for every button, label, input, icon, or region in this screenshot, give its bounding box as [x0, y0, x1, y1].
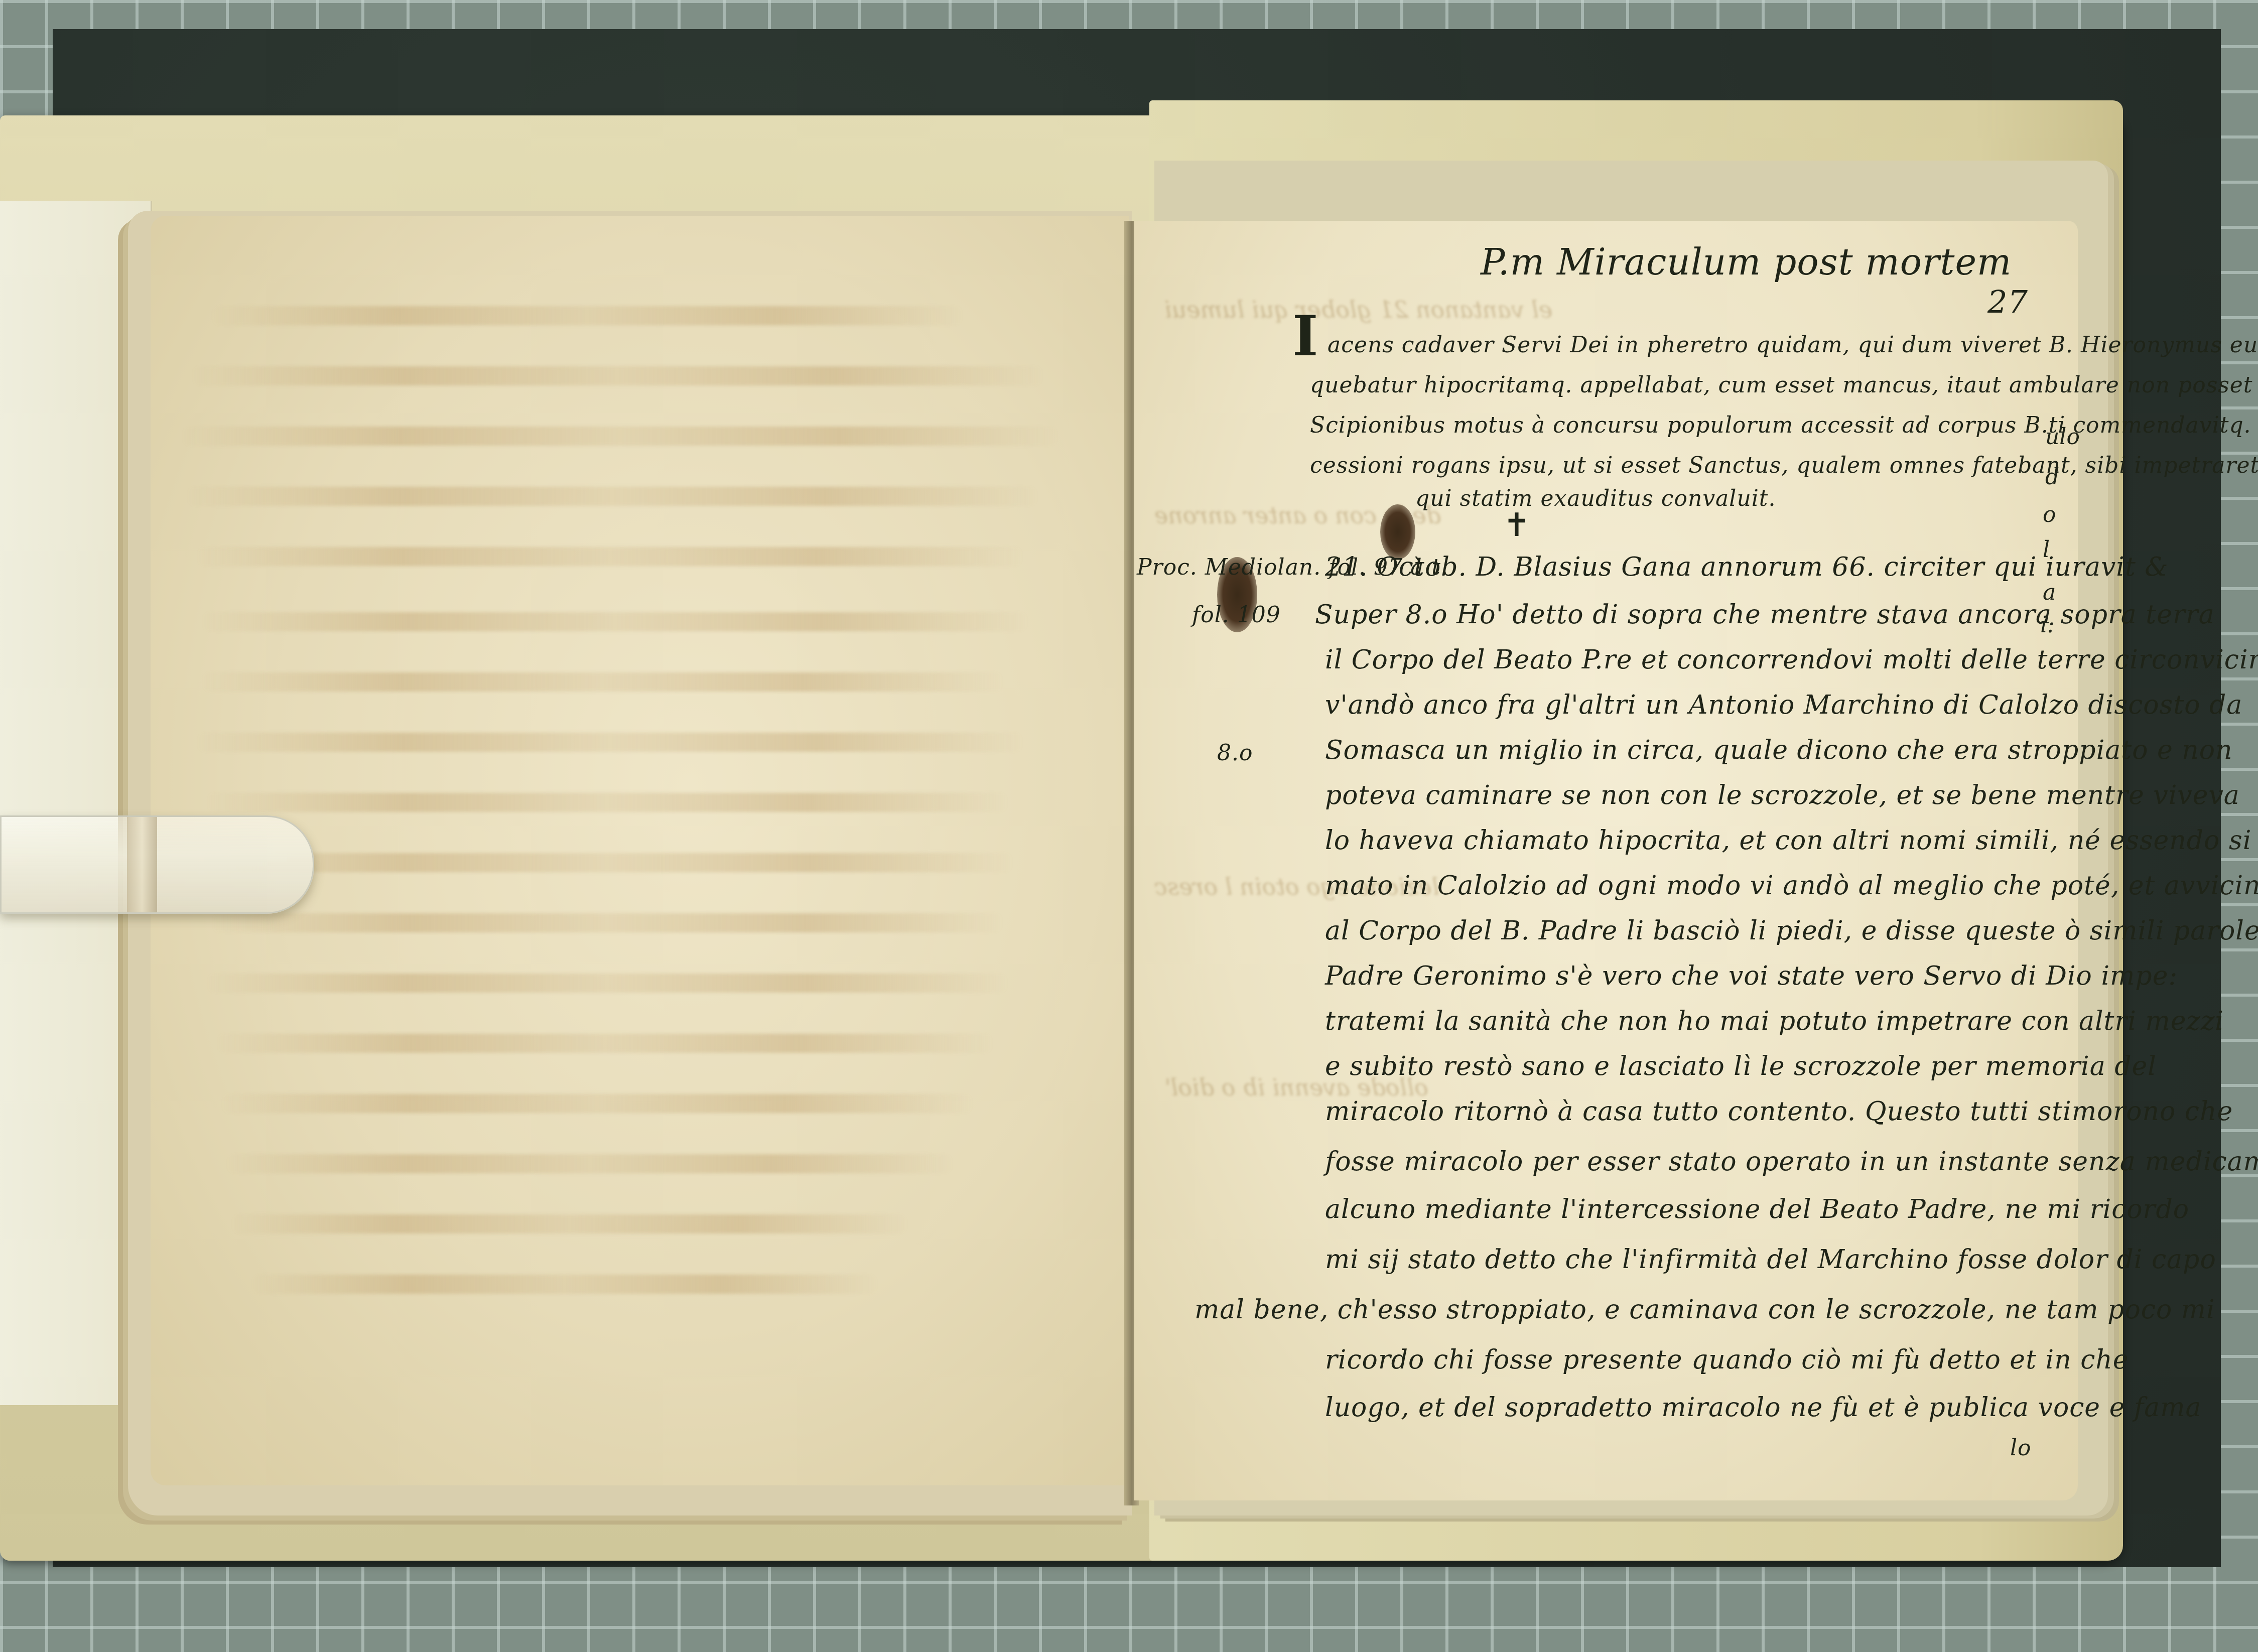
testimony-intro: 21. Octob. D. Blasius Gana annorum 66. c…: [1325, 552, 2169, 582]
edge-fragment: a: [2043, 580, 2056, 605]
testimony-line: il Corpo del Beato P.re et concorrendovi…: [1325, 645, 2258, 675]
bleed-through-line: [211, 913, 1004, 932]
testimony-line: Padre Geronimo s'è vero che voi state ve…: [1325, 961, 2178, 991]
bleed-through-line: [201, 672, 1004, 692]
right-page: el vantanon 21 glober qui lumeui de le c…: [1134, 221, 2078, 1500]
testimony-line: alcuno mediante l'intercessione del Beat…: [1325, 1194, 2189, 1224]
latin-line: Scipionibus motus à concursu populorum a…: [1310, 412, 2258, 438]
bleed-through-line: [196, 733, 1024, 752]
bleed-through-line: [206, 974, 1009, 993]
testimony-line: lo haveva chiamato hipocrita, et con alt…: [1325, 825, 2258, 856]
testimony-line: Super 8.o Ho' detto di sopra che mentre …: [1315, 600, 2215, 630]
testimony-line: fosse miracolo per esser stato operato i…: [1325, 1147, 2258, 1177]
bleed-through-line: [221, 1094, 974, 1113]
latin-line: quebatur hipocritamq. appellabat, cum es…: [1310, 372, 2258, 398]
testimony-line: mal bene, ch'esso stroppiato, e caminava…: [1194, 1295, 2215, 1325]
bleed-through-line: [226, 1154, 954, 1173]
cross-mark-icon: ✝: [1503, 507, 1531, 544]
decorated-initial: I: [1292, 304, 1318, 368]
testimony-line: al Corpo del B. Padre li basciò li piedi…: [1325, 916, 2258, 946]
bleed-through-line: [186, 487, 1039, 506]
bleed-through-line: [196, 547, 1024, 566]
bleed-through-line: [201, 612, 1029, 631]
catchword: lo: [2010, 1435, 2032, 1461]
folio-number: 27: [1987, 284, 2028, 320]
rod-band: [127, 817, 157, 912]
section-heading: P.m Miraculum post mortem: [1481, 241, 2012, 283]
edge-fragment: d: [2045, 464, 2059, 490]
ink-blot: [1380, 504, 1415, 560]
testimony-line: Somasca un miglio in circa, quale dicono…: [1325, 735, 2233, 765]
bleed-through-line: [201, 853, 1014, 872]
testimony-line: mato in Calolzio ad ogni modo vi andò al…: [1325, 871, 2258, 901]
edge-fragment: i:: [2040, 612, 2055, 638]
margin-note-folio: fol. 109: [1192, 602, 1281, 628]
testimony-line: luogo, et del sopradetto miracolo ne fù …: [1325, 1393, 2202, 1423]
bleed-through-line: [251, 1275, 878, 1294]
testimony-line: ricordo chi fosse presente quando ciò mi…: [1325, 1345, 2129, 1375]
latin-line: qui statim exauditus convaluit.: [1415, 486, 1776, 511]
testimony-line: poteva caminare se non con le scrozzole,…: [1325, 780, 2240, 810]
ghost-text: el vantanon 21 glober qui lumeui: [1164, 296, 1552, 323]
edge-fragment: ulo: [2045, 424, 2080, 450]
glass-rod-page-weight[interactable]: [0, 815, 314, 914]
testimony-line: tratemi la sanità che non ho mai potuto …: [1325, 1006, 2224, 1036]
bleed-through-line: [231, 1214, 908, 1233]
bleed-through-line: [206, 793, 1009, 812]
testimony-line: miracolo ritornò à casa tutto contento. …: [1325, 1096, 2233, 1127]
edge-fragment: o: [2043, 502, 2056, 527]
latin-line: acens cadaver Servi Dei in pheretro quid…: [1327, 332, 2258, 358]
latin-line: cessioni rogans ipsu, ut si esset Sanctu…: [1310, 453, 2258, 478]
testimony-line: e subito restò sano e lasciato lì le scr…: [1325, 1051, 2157, 1081]
testimony-line: mi sij stato detto che l'infirmità del M…: [1325, 1245, 2216, 1275]
margin-note-article: 8.o: [1217, 740, 1253, 766]
bleed-through-line: [191, 366, 1044, 385]
bleed-through-line: [181, 427, 1059, 446]
edge-fragment: l: [2043, 537, 2050, 563]
bleed-through-line: [216, 1034, 994, 1053]
testimony-line: v'andò anco fra gl'altri un Antonio Marc…: [1325, 690, 2242, 720]
bleed-through-line: [211, 306, 964, 325]
